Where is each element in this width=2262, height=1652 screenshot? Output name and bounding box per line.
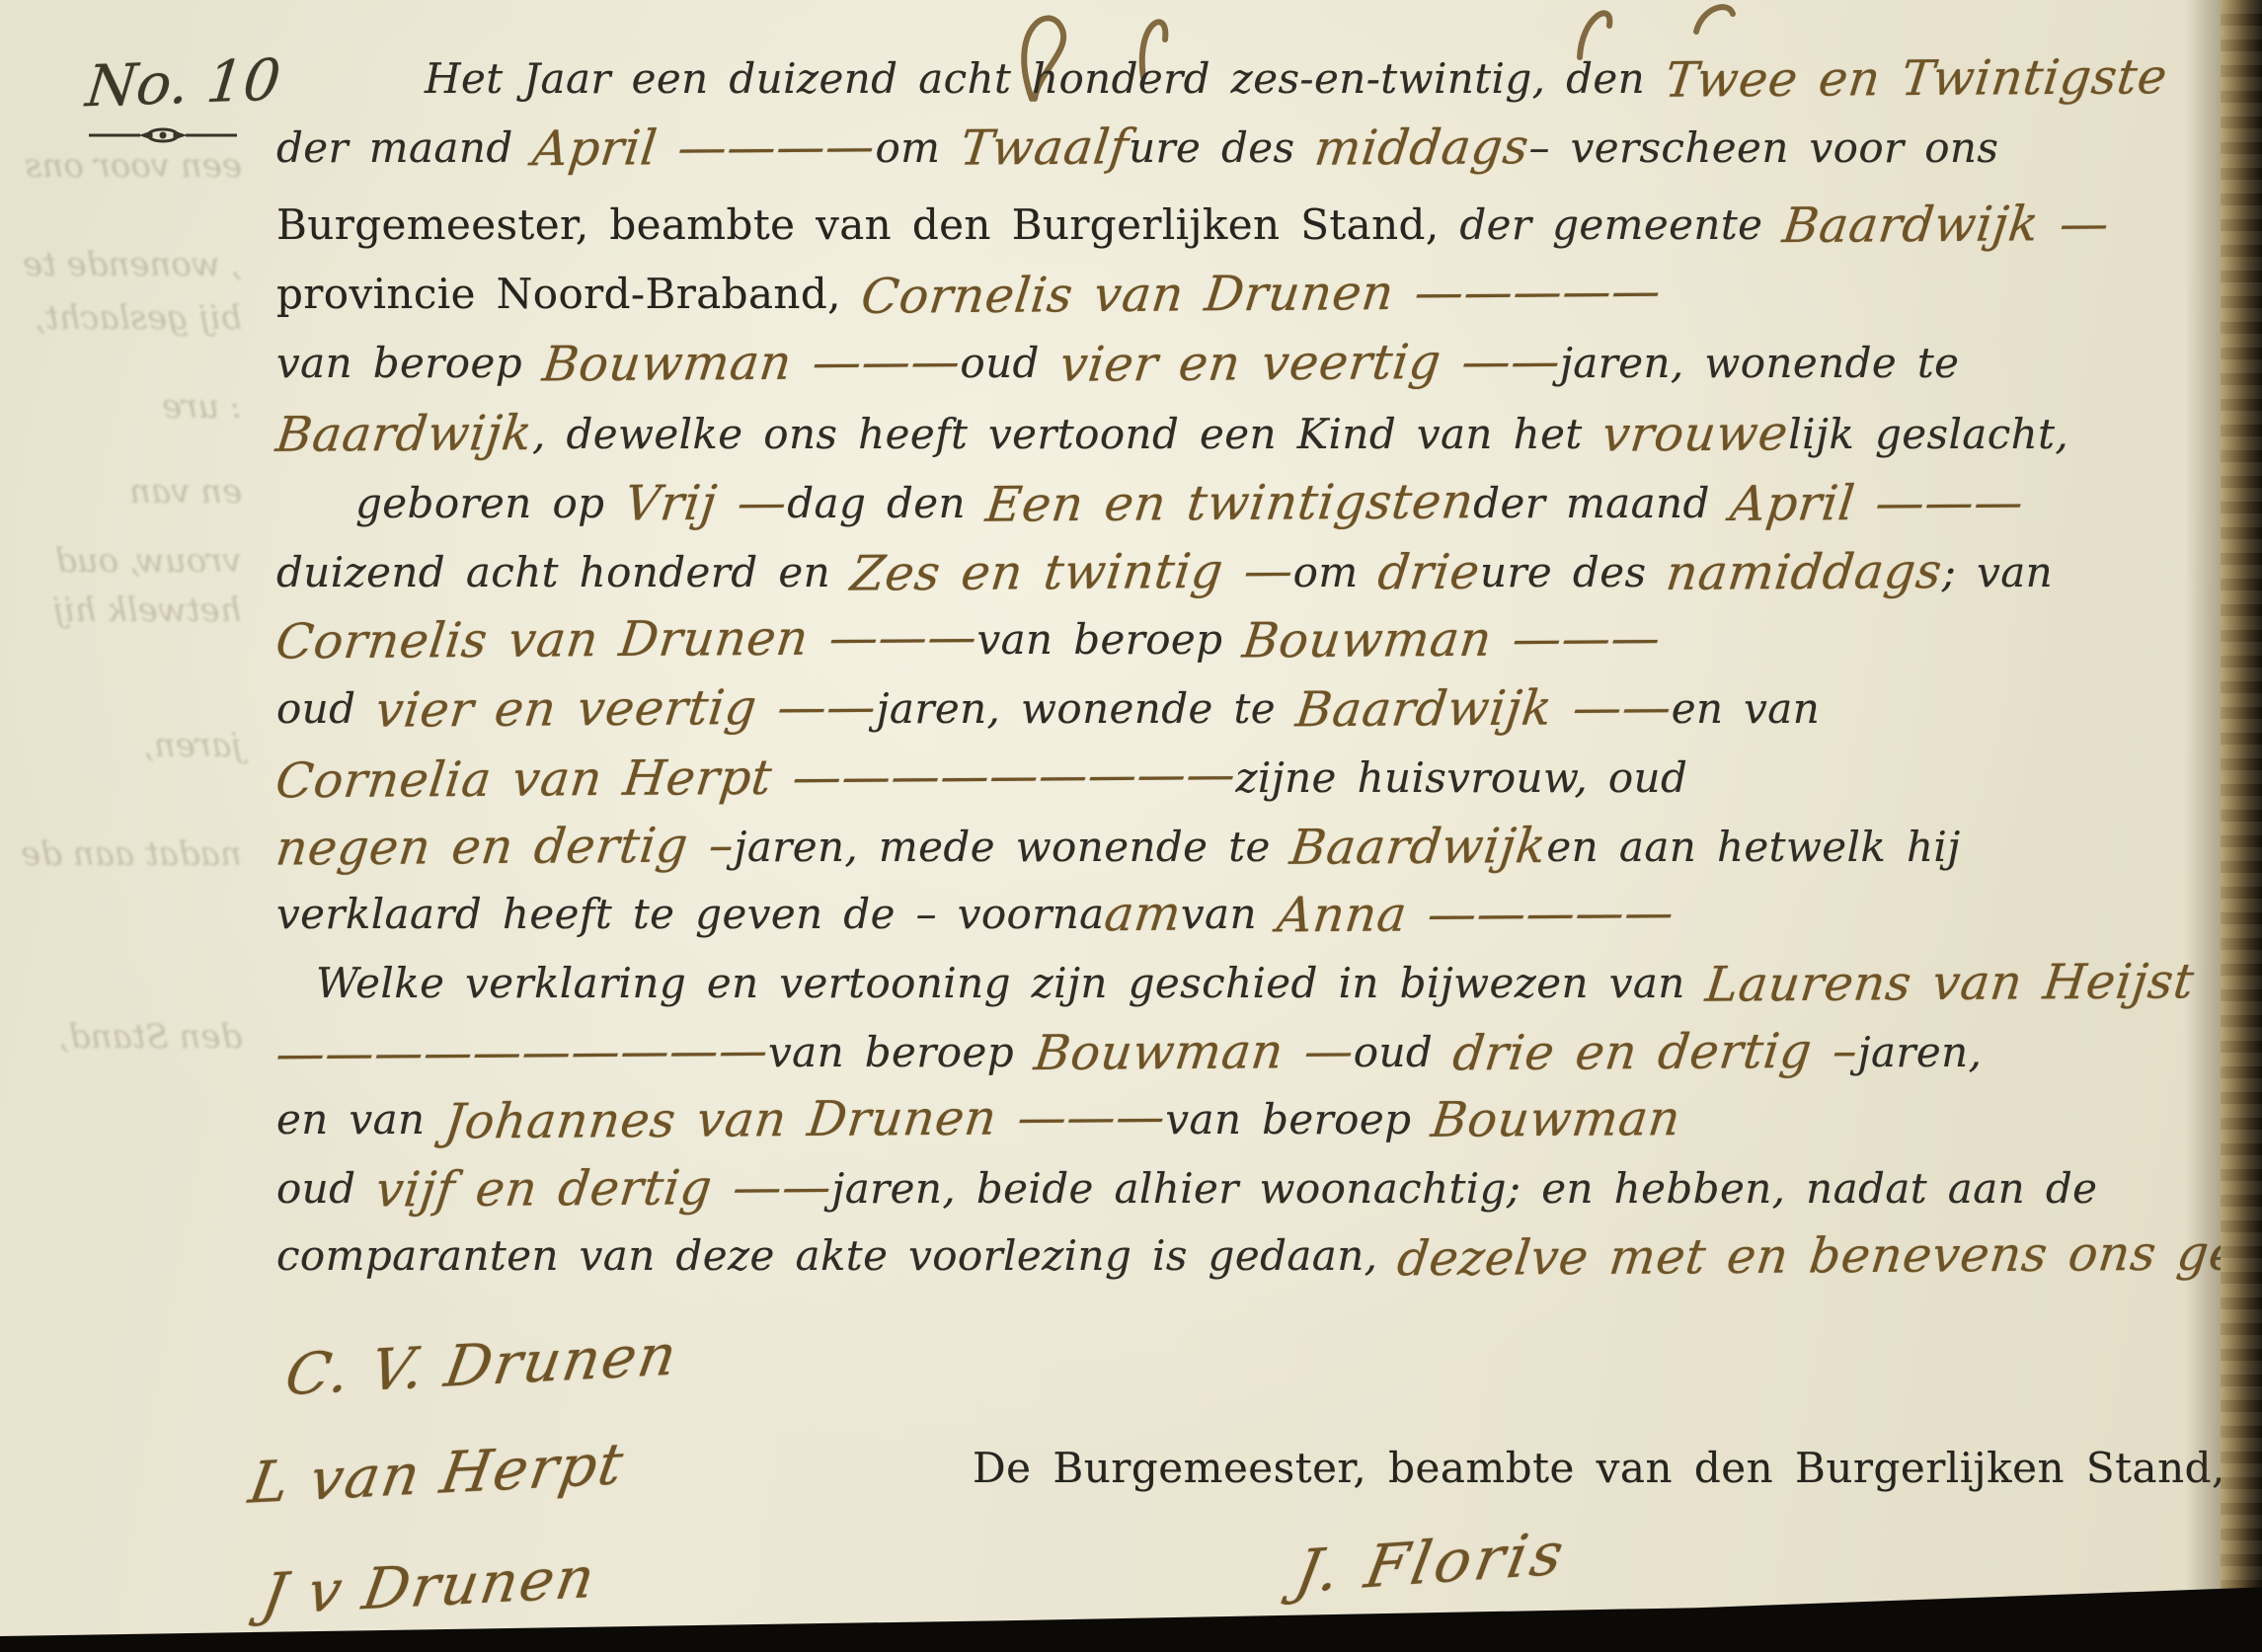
act-line: Het Jaar een duizend acht honderd zes-en… [425, 47, 2167, 118]
printed-form-text: jaren, beide alhier woonachtig; en hebbe… [831, 1164, 2097, 1213]
handwritten-entry: namiddags [1664, 542, 1946, 603]
printed-form-text: Welke verklaring en vertooning zijn gesc… [316, 959, 1706, 1007]
handwritten-entry: Baardwijk [1287, 817, 1550, 878]
printed-form-text: van [1181, 890, 1278, 938]
printed-form-text: oud [1354, 1028, 1453, 1076]
act-line: Burgemeester, beambte van den Burgerlijk… [276, 194, 2109, 264]
bleedthrough-text: bij geslacht, [35, 298, 242, 338]
printed-form-text: der gemeente [1459, 200, 1783, 249]
bleedthrough-text: jaren, [143, 726, 242, 765]
bleedthrough-text: hetwelk hij [53, 590, 242, 630]
official-signature: J. Floris [1290, 1520, 1573, 1608]
printed-form-text: verklaard heeft te geven de – voorna [276, 890, 1105, 938]
handwritten-entry: Bouwman [1429, 1089, 1684, 1150]
printed-form-text: ure des [1480, 548, 1667, 596]
act-line: —————————— van beroep Bouwman — oud drie… [276, 1021, 1982, 1091]
act-line: oud vijf en dertig —— jaren, beide alhie… [276, 1157, 2097, 1227]
bleedthrough-text: en van [129, 472, 242, 511]
handwritten-entry: Zes en twintig — [847, 541, 1296, 603]
handwritten-entry: Johannes van Drunen ——— [441, 1087, 1169, 1151]
handwritten-entry: middags [1312, 118, 1532, 179]
handwritten-entry: dezelve met en benevens ons geteek [1394, 1223, 2262, 1290]
bleedthrough-text: vrouw, oud [55, 541, 242, 581]
binding-shadow [2185, 0, 2221, 1652]
printed-form-text: van beroep [976, 615, 1243, 664]
printed-form-text: jaren, wonende te [876, 684, 1295, 733]
act-line: geboren op Vrij — dag den Een en twintig… [355, 472, 2023, 542]
act-line: Cornelia van Herpt ————————— zijne huisv… [276, 747, 1687, 817]
bleedthrough-text: den Stand, [58, 1017, 242, 1057]
handwritten-entry: Baardwijk [273, 404, 535, 465]
handwritten-entry: Baardwijk —— [1292, 678, 1675, 741]
printed-form-text: oud [276, 1164, 376, 1213]
handwritten-entry: Cornelis van Drunen ——— [273, 608, 980, 672]
handwritten-entry: Bouwman — [1031, 1022, 1357, 1083]
scanned-birth-record-page: { "page": { "record_number": "No. 10", "… [0, 0, 2262, 1652]
printed-form-text: en aan hetwelk hij [1546, 823, 1960, 871]
printed-form-text: der maand [1473, 479, 1730, 527]
act-line: verklaard heeft te geven de – voornaam v… [276, 883, 1674, 953]
witness-signature-1: C. V. Drunen [281, 1321, 683, 1408]
printed-form-text: duizend acht honderd en [276, 548, 851, 596]
act-line: negen en dertig – jaren, mede wonende te… [276, 816, 1961, 886]
bleedthrough-text: , wonende te [23, 245, 242, 284]
handwritten-entry: Baardwijk — [1780, 195, 2113, 256]
printed-form-text: jaren, [1858, 1028, 1983, 1076]
act-line: van beroep Bouwman ——— oud vier en veert… [276, 332, 1959, 402]
printed-form-text: dag den [787, 479, 986, 527]
handwritten-entry: vijf en dertig —— [373, 1157, 835, 1219]
divider-ornament-icon [89, 126, 237, 144]
printed-form-text: van beroep [768, 1028, 1035, 1076]
handwritten-entry: am [1101, 885, 1184, 945]
book-binding-edge [2221, 0, 2262, 1652]
act-line: en van Johannes van Drunen ——— van beroe… [276, 1088, 1680, 1158]
printed-form-text: zijne huisvrouw, oud [1235, 753, 1687, 802]
handwritten-entry: vier en veertig —— [1056, 332, 1564, 395]
handwritten-entry: vier en veertig —— [373, 677, 881, 741]
handwritten-entry: Een en twintigsten [982, 472, 1477, 534]
printed-form-text: ; van [1942, 548, 2053, 596]
printed-form-text: om [875, 123, 961, 172]
act-line: Baardwijk , dewelke ons heeft vertoond e… [276, 403, 2068, 473]
handwritten-entry: Laurens van Heijst [1702, 952, 2197, 1014]
printed-form-text: en van [1672, 684, 1820, 733]
act-line: Cornelis van Drunen ——— van beroep Bouwm… [276, 608, 1661, 678]
official-caption: De Burgemeester, beambte van den Burgerl… [973, 1444, 2225, 1492]
printed-form-text: ure des [1129, 123, 1315, 172]
printed-form-text: lijk geslacht, [1788, 410, 2068, 458]
printed-form-text: , dewelke ons heeft vertoond een Kind va… [532, 410, 1602, 458]
bleedthrough-text: een voor ons [25, 146, 242, 186]
printed-form-text: en van [276, 1095, 445, 1143]
handwritten-entry: drie en dertig – [1449, 1022, 1861, 1084]
handwritten-entry: Twee en Twintigste [1662, 47, 2170, 111]
printed-form-text: Het Jaar een duizend acht honderd zes-en… [425, 54, 1666, 103]
printed-form-text: jaren, mede wonende te [734, 823, 1290, 871]
act-line: oud vier en veertig —— jaren, wonende te… [276, 677, 1820, 747]
handwritten-entry: Twaalf [958, 118, 1132, 178]
handwritten-entry: Bouwman ——— [539, 333, 964, 395]
handwritten-entry: vrouwe [1599, 404, 1792, 464]
printed-form-text: Burgemeester, beambte van den Burgerlijk… [276, 200, 1459, 249]
printed-form-text: – verscheen voor ons [1528, 123, 1998, 172]
handwritten-entry: Bouwman ——— [1240, 609, 1665, 671]
act-line: duizend acht honderd en Zes en twintig —… [276, 541, 2053, 611]
handwritten-entry: Cornelis van Drunen ————— [858, 262, 1665, 327]
handwritten-entry: —————————— [273, 1021, 771, 1083]
bleedthrough-text: nadat aan de [21, 834, 242, 874]
witness-signature-3: J v Drunen [258, 1543, 601, 1627]
printed-form-text: oud [276, 684, 376, 733]
witness-signature-2: L van Herpt [245, 1430, 630, 1517]
printed-form-text: van beroep [276, 339, 543, 387]
handwritten-entry: April ——— [1727, 473, 2026, 534]
act-line: comparanten van deze akte voorlezing is … [276, 1224, 2262, 1295]
bleedthrough-text: : ure [162, 387, 242, 427]
printed-form-text: comparanten van deze akte voorlezing is … [276, 1231, 1398, 1280]
printed-form-text: van beroep [1165, 1095, 1432, 1143]
handwritten-entry: negen en dertig – [273, 816, 738, 878]
printed-form-text: om [1293, 548, 1379, 596]
act-line: der maand April ———— om Twaalf ure des m… [276, 117, 1998, 187]
record-number: No. 10 [83, 46, 283, 120]
printed-form-text: geboren op [355, 479, 625, 527]
printed-form-text: jaren, wonende te [1560, 339, 1960, 387]
handwritten-entry: Vrij — [622, 473, 791, 533]
printed-form-text: der maand [276, 123, 533, 172]
handwritten-entry: Anna ————— [1274, 884, 1677, 946]
act-line: Welke verklaring en vertooning zijn gesc… [316, 952, 2193, 1022]
handwritten-entry: Cornelia van Herpt ————————— [273, 746, 1239, 812]
handwritten-entry: drie [1375, 543, 1484, 603]
handwritten-entry: April ———— [530, 118, 879, 179]
printed-form-text: oud [960, 339, 1059, 387]
printed-form-text: provincie Noord-Braband, [276, 270, 862, 318]
act-line: provincie Noord-Braband, Cornelis van Dr… [276, 263, 1661, 333]
